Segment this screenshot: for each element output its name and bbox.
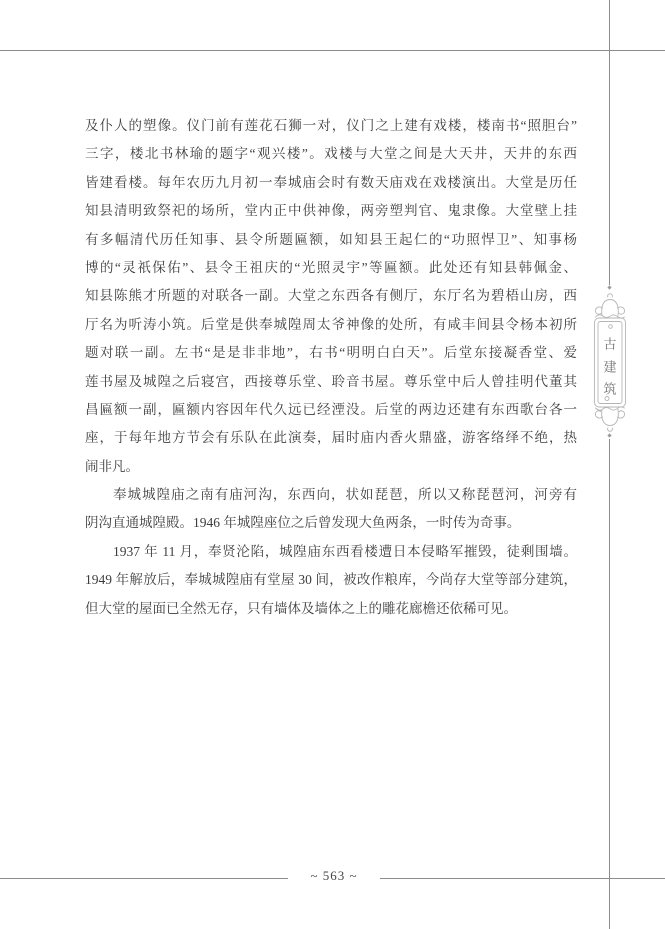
ornament-inner-circle-bottom xyxy=(605,397,609,401)
ornament-top-scroll xyxy=(602,300,619,316)
ornament-inner-spiral-top xyxy=(609,325,613,329)
text-line: 阴沟直通城隍殿。1946 年城隍座位之后曾发现大鱼两条，一时传为奇事。 xyxy=(85,509,577,537)
text-line: 博的“灵祇保佑”、县令王祖庆的“光照灵宇”等匾额。此处还有知县韩佩金、 xyxy=(85,254,577,282)
ornament-bottom-scallop xyxy=(596,407,625,410)
text-line: 知县陈熊才所题的对联各一副。大堂之东西各有侧厅，东厅名为碧梧山房，西 xyxy=(85,282,577,310)
text-line: 厅名为听涛小筑。后堂是供奉城隍周太爷神像的处所，有咸丰间县令杨本初所 xyxy=(85,311,577,339)
book-page: 古 建 筑 及仆人的塑像。仪门前有莲花石狮一对，仪门之上建有戏楼，楼南书“照胆台… xyxy=(0,0,665,929)
ornament-bottom-scroll xyxy=(602,410,619,426)
text-line: 三字，楼北书林瑜的题字“观兴楼”。戏楼与大堂之间是大天井，天井的东西 xyxy=(85,140,577,168)
body-text: 及仆人的塑像。仪门前有莲花石狮一对，仪门之上建有戏楼，楼南书“照胆台”三字，楼北… xyxy=(85,112,577,623)
ornament-char-1: 古 xyxy=(603,337,616,352)
text-line: 座，于每年地方节会有乐队在此演奏，届时庙内香火鼎盛，游客络绎不绝，热 xyxy=(85,424,577,452)
ornament-bottom-knob xyxy=(608,428,613,431)
text-line: 奉城城隍庙之南有庙河沟，东西向，状如琵琶，所以又称琵琶河，河旁有 xyxy=(85,481,577,509)
footer-rule-right xyxy=(380,878,665,879)
text-line: 题对联一副。左书“是是非非地”，右书“明明白白天”。后堂东接凝香堂、爱 xyxy=(85,339,577,367)
text-line: 1949 年解放后，奉城城隍庙有堂屋 30 间，被改作粮库，今尚存大堂等部分建筑… xyxy=(85,566,577,594)
footer-rule-left xyxy=(0,878,288,879)
top-rule xyxy=(0,50,665,51)
page-number: ~ 563 ~ xyxy=(288,868,380,884)
text-line: 闹非凡。 xyxy=(85,453,577,481)
text-line: 但大堂的屋面已全然无存，只有墙体及墙体之上的雕花廊檐还依稀可见。 xyxy=(85,595,577,623)
text-line: 皆建看楼。每年农历九月初一奉城庙会时有数天庙戏在戏楼演出。大堂是历任 xyxy=(85,169,577,197)
ornament-char-2: 建 xyxy=(603,360,616,375)
text-line: 及仆人的塑像。仪门前有莲花石狮一对，仪门之上建有戏楼，楼南书“照胆台” xyxy=(85,112,577,140)
text-line: 知县清明致祭祀的场所，堂内正中供神像，两旁塑判官、鬼隶像。大堂壁上挂 xyxy=(85,197,577,225)
text-line: 昌匾额一副，匾额内容因年代久远已经湮没。后堂的两边还建有东西歌台各一 xyxy=(85,396,577,424)
ornament-top-knob xyxy=(608,294,613,297)
chapter-ornament: 古 建 筑 xyxy=(588,292,632,433)
ornament-char-3: 筑 xyxy=(603,382,616,397)
text-line: 1937 年 11 月，奉贤沦陷，城隍庙东西看楼遭日本侵略军摧毁，徒剩围墙。 xyxy=(85,538,577,566)
text-line: 有多幅清代历任知事、县令所题匾额，如知县王起仁的“功照悍卫”、知事杨 xyxy=(85,226,577,254)
ornament-top-scallop xyxy=(596,315,625,318)
rule-end-dot-bottom xyxy=(607,433,611,437)
rule-end-dot-top xyxy=(607,285,611,289)
right-vertical-rule-lower xyxy=(609,439,610,929)
text-line: 莲书屋及城隍之后寝宫，西接尊乐堂、聆音书屋。尊乐堂中后人曾挂明代董其 xyxy=(85,368,577,396)
right-vertical-rule-upper xyxy=(609,0,610,285)
